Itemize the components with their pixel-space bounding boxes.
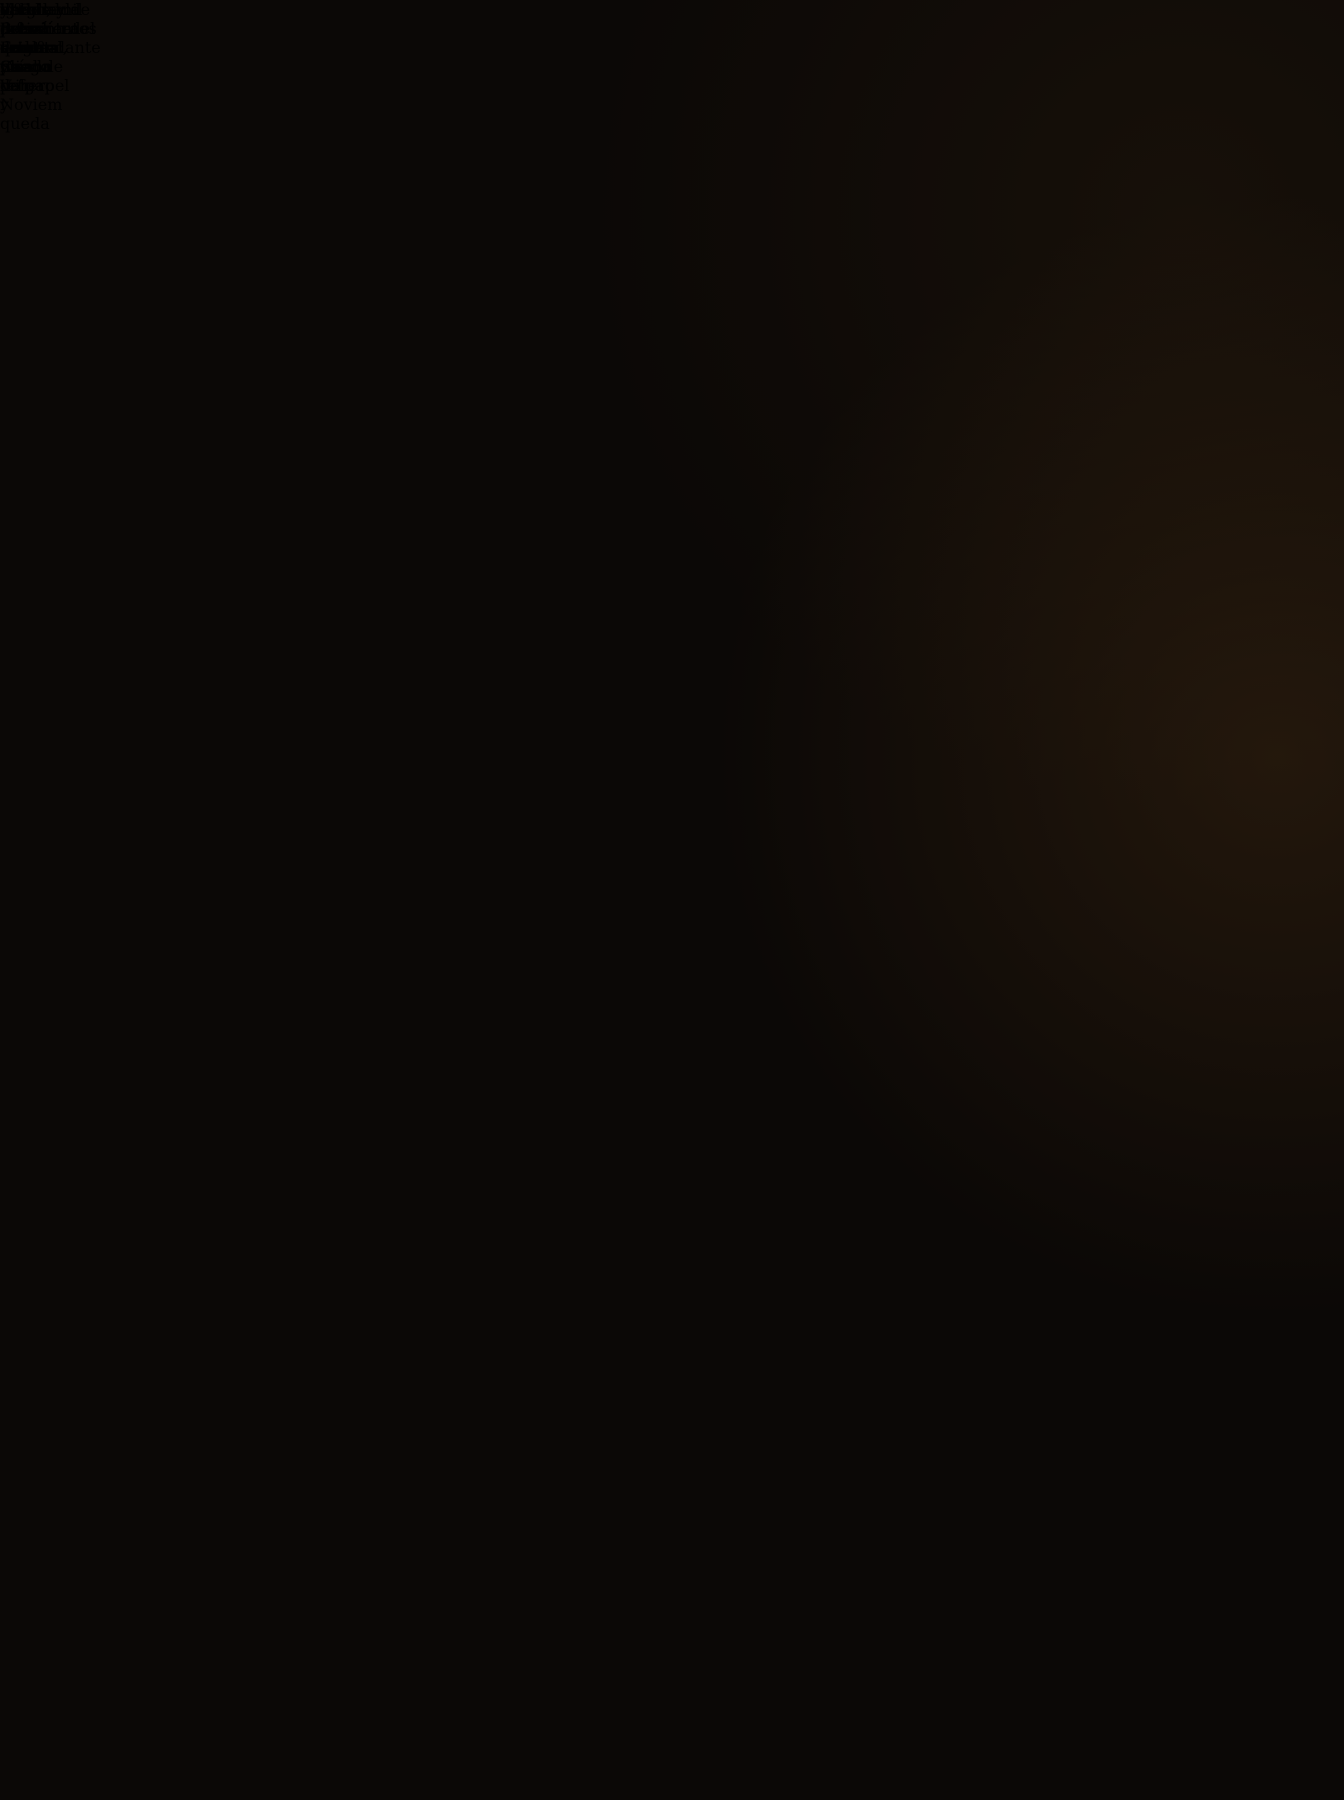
photo-frame: E PAL UBRE del acta á que me refiero y q… xyxy=(0,0,1344,1800)
visto-bueno-abbreviation: V.º B.º xyxy=(0,0,24,38)
